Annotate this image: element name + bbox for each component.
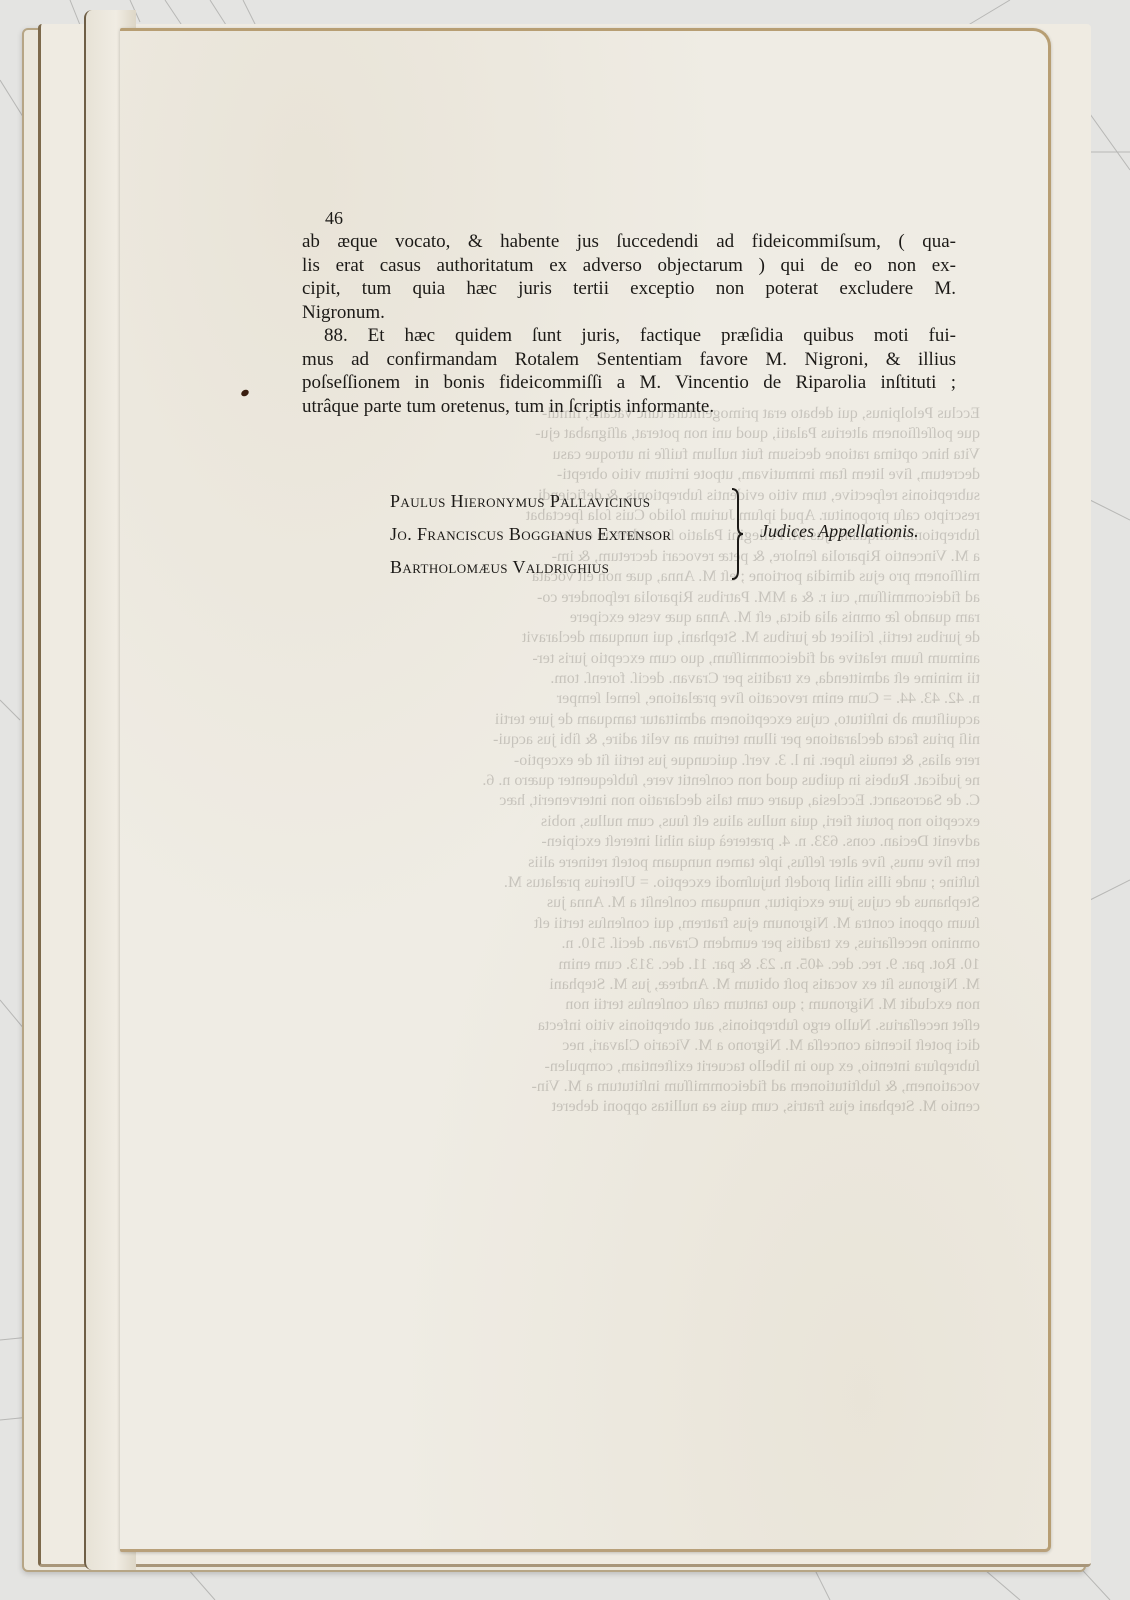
show-through-line: que poſſeſſionem alterius Palatii, quod … (300, 424, 980, 444)
signature-block: Paulus Hieronymus Pallavicinus Jo. Franc… (390, 485, 970, 584)
show-through-line (300, 1118, 980, 1138)
show-through-line: ſuum opponi contra M. Nigronum ejus frat… (300, 914, 980, 934)
show-through-line: niſi prius facta declaratione per illum … (300, 730, 980, 750)
show-through-line: dici poteſt licentia conceſſa M. Nigrono… (300, 1036, 980, 1056)
show-through-line: ne judicat. Rubeis in quibus quod non co… (300, 771, 980, 791)
show-through-line: tii minime eſt admittenda, ex traditis p… (300, 669, 980, 689)
show-through-line (300, 1138, 980, 1158)
show-through-line: Stephanus de cujus jure excipitur, nunqu… (300, 893, 980, 913)
signatory-role: Judices Appellationis. (760, 521, 919, 542)
show-through-line: exceptio non potuit fieri, quia nullus a… (300, 812, 980, 832)
page-number: 46 (325, 208, 343, 229)
show-through-line: de juribus tertii, ſcilicet de juribus M… (300, 628, 980, 648)
show-through-line: C. de Sacrosanct. Ecclesia, quare cum ta… (300, 791, 980, 811)
show-through-line: ad fideicommiſſum, cui r. & a MM. Patrib… (300, 588, 980, 608)
text-line: ab æque vocato, & habente jus ſuccedendi… (302, 230, 956, 254)
curly-brace-icon (730, 487, 744, 581)
show-through-line: n. 42. 43. 44. = Cum enim revocatio ſive… (300, 689, 980, 709)
show-through-line: acquiſitum ab inſtituto, cujus exception… (300, 710, 980, 730)
text-line: mus ad confirmandam Rotalem Sententiam f… (302, 348, 956, 372)
body-text: ab æque vocato, & habente jus ſuccedendi… (302, 230, 956, 418)
show-through-line (300, 1158, 980, 1178)
text-line: utrâque parte tum oretenus, tum in ſcrip… (302, 395, 956, 419)
show-through-line: animum ſuum relative ad fideicommiſſum, … (300, 649, 980, 669)
show-through-line: rere alias, & tenuis ſuper. in l. 3. ver… (300, 751, 980, 771)
show-through-line: decretum, ſive litem ſtam immutivam, utp… (300, 465, 980, 485)
text-line: Nigronum. (302, 301, 956, 325)
show-through-line: 10. Rot. par. 9. rec. dec. 405. n. 23. &… (300, 955, 980, 975)
show-through-line: vocationem, & ſubſtitutionem ad fideicom… (300, 1077, 980, 1097)
show-through-line: omnino neceſſarius, ex traditis per eumd… (300, 934, 980, 954)
signatory-name: Bartholomæus Valdrighius (390, 551, 970, 584)
text-line: poſseſſionem in bonis fideicommiſſi a M.… (302, 371, 956, 395)
show-through-line (300, 1199, 980, 1219)
show-through-line (300, 1179, 980, 1199)
show-through-line: ſubrepſura intentio, ex quo in libello t… (300, 1057, 980, 1077)
signatory-name: Paulus Hieronymus Pallavicinus (390, 485, 970, 518)
show-through-line: ram quando ſæ omnis alia dicta, eſt M. A… (300, 608, 980, 628)
show-through-line: eſſet neceſſarius. Nullo ergo ſubreption… (300, 1016, 980, 1036)
show-through-line: ſuſtine ; unde illis nihil prodeſt hujuſ… (300, 873, 980, 893)
show-through-line: Vita hinc optima ratione decisum fuit nu… (300, 445, 980, 465)
paragraph-88-line: 88. Et hæc quidem ſunt juris, factique p… (302, 324, 956, 348)
show-through-line: non excludit M. Nigronum ; quo tantum ca… (300, 995, 980, 1015)
text-line: cipit, tum quia hæc juris tertii excepti… (302, 277, 956, 301)
text-line: lis erat casus authoritatum ex adverso o… (302, 254, 956, 278)
show-through-line: M. Nigronus ſit ex vocatis poſt obitum M… (300, 975, 980, 995)
show-through-line: advenit Decian. cons. 633. n. 4. prætere… (300, 832, 980, 852)
show-through-line: centio M. Stephani ejus fratris, cum qui… (300, 1097, 980, 1117)
show-through-line: tem ſive unus, ſive alter ſeſſus, ipſe t… (300, 853, 980, 873)
